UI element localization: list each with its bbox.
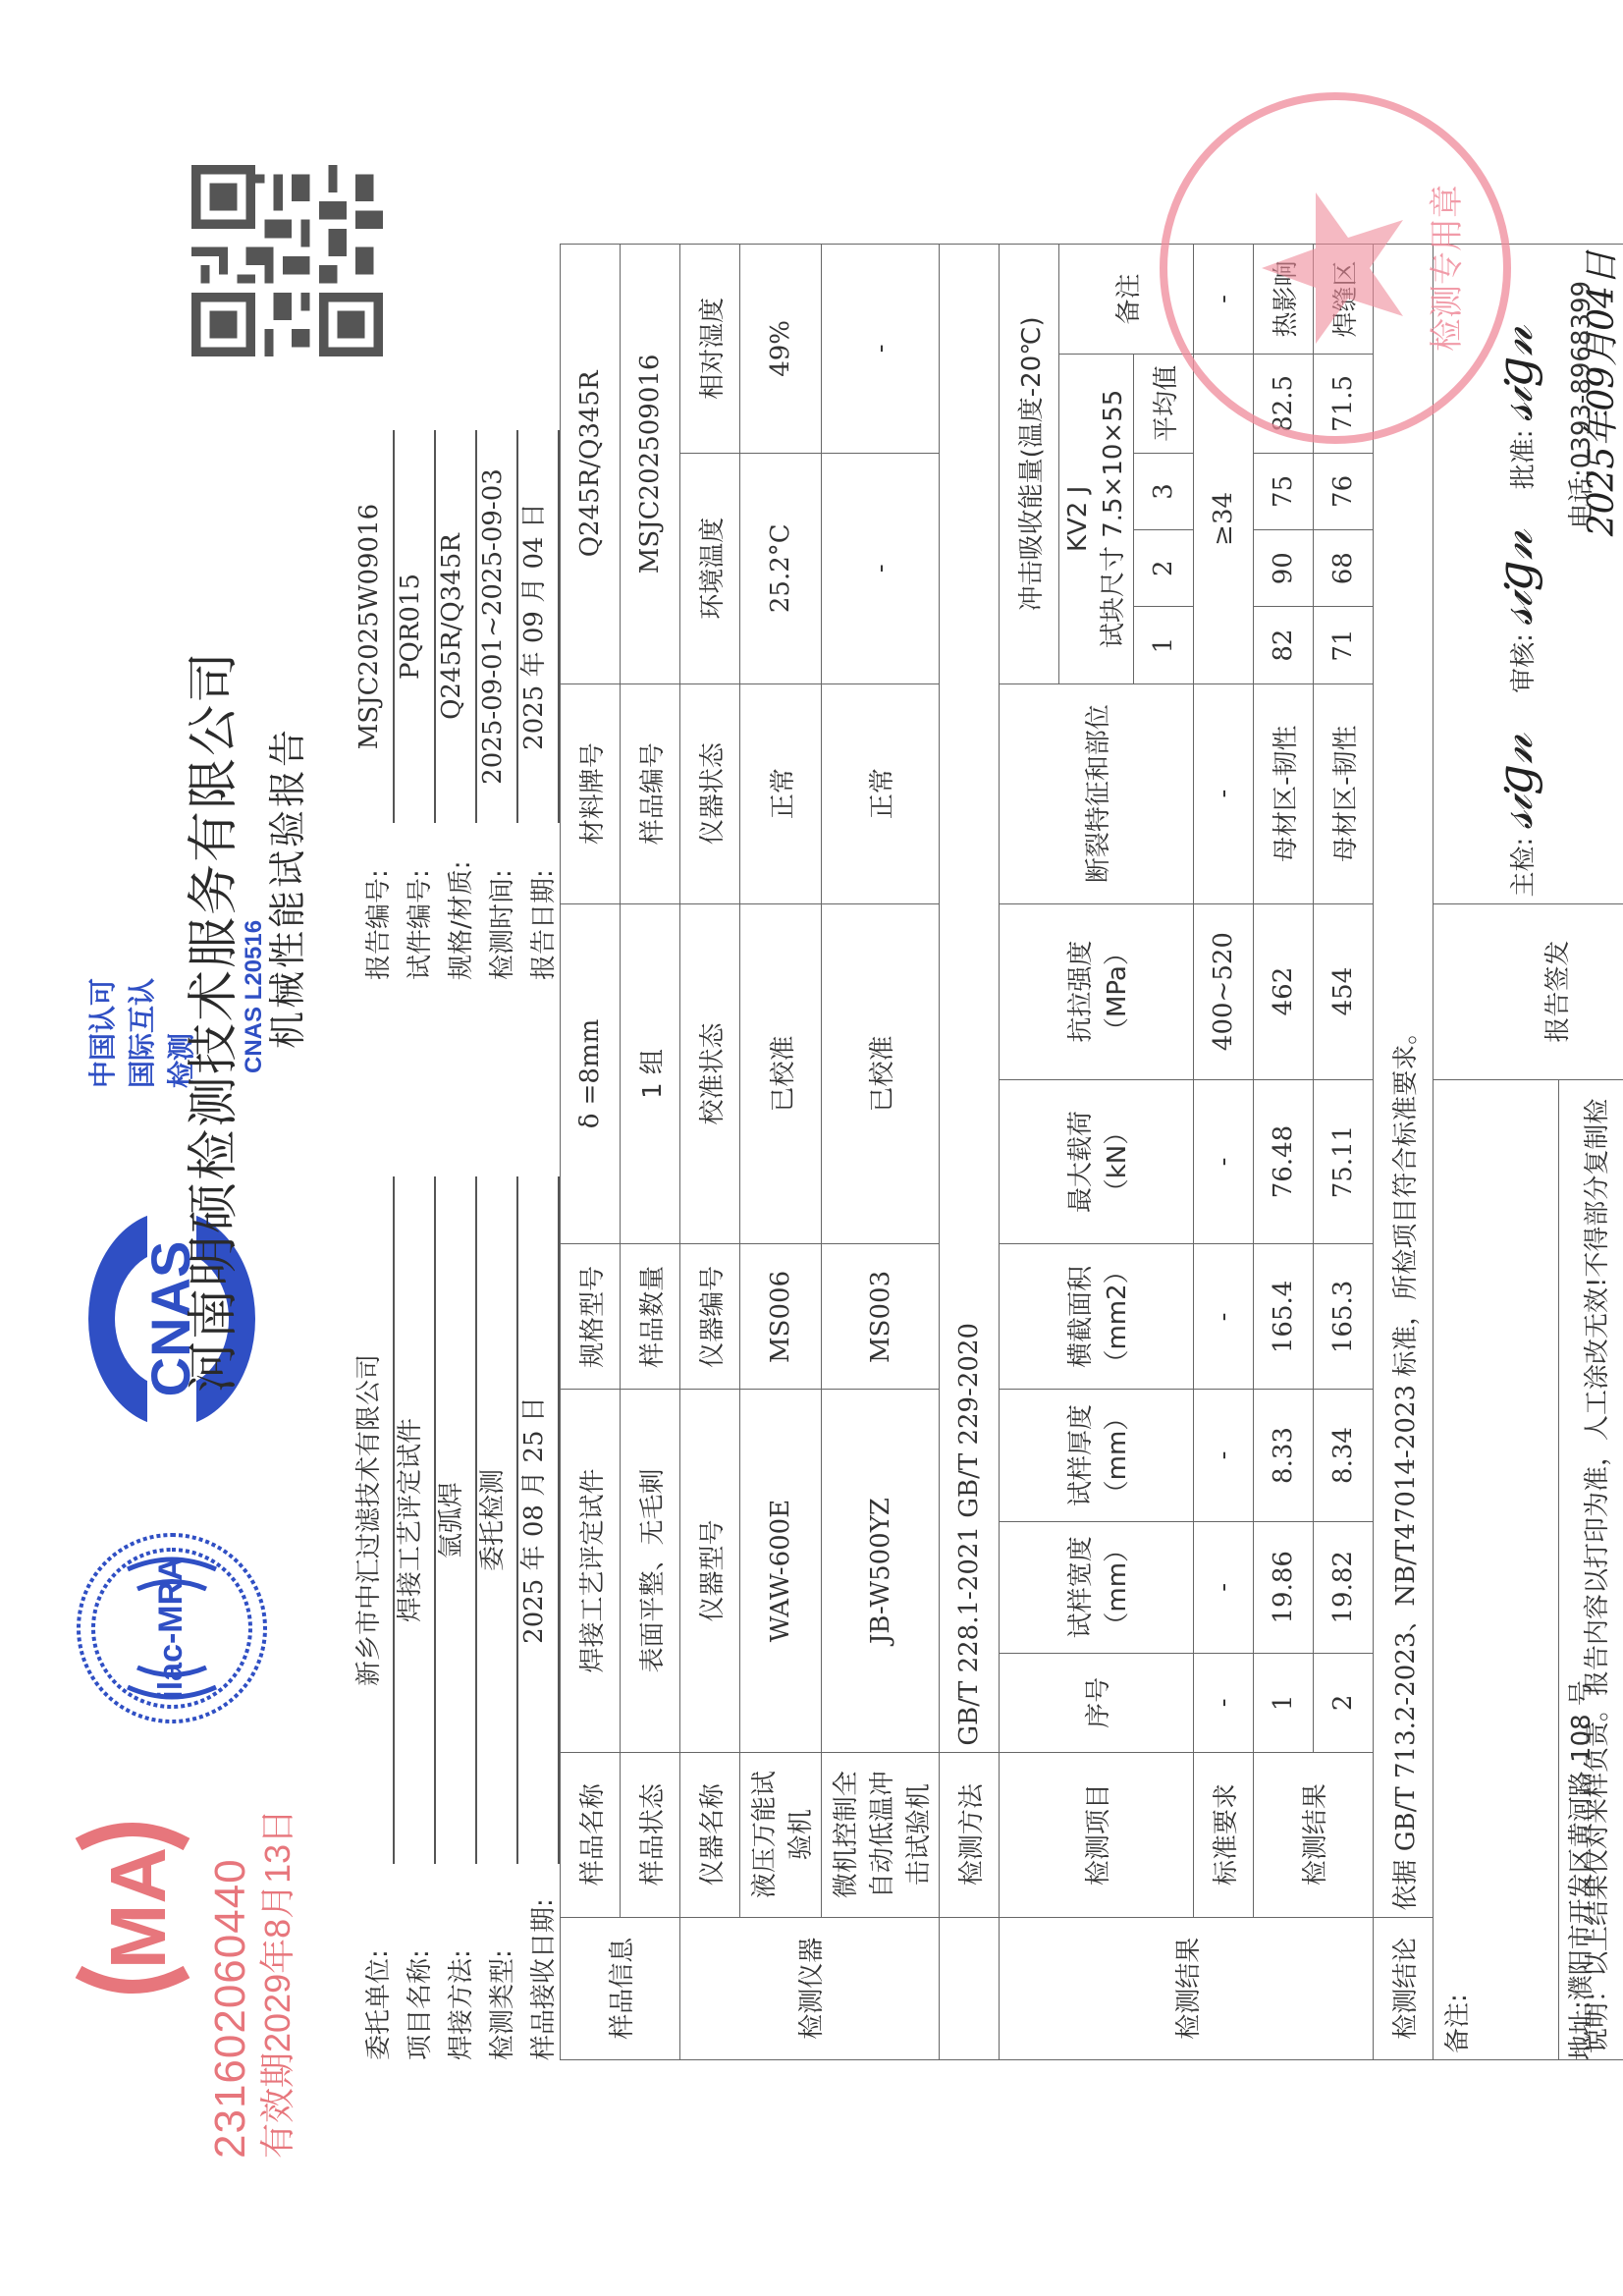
std-cell: - [1194, 1244, 1254, 1390]
instrument-model: WAW-600E [740, 1390, 822, 1752]
info-row-report-date: 报告日期: 2025 年 09 月 04 日 [518, 430, 560, 980]
seq-header: 序号 [1000, 1653, 1194, 1752]
instrument-name-header: 仪器名称 [680, 1752, 740, 1917]
method-label: 检测方法 [940, 1752, 1000, 1917]
result-cell: 454 [1314, 903, 1374, 1079]
conclusion-text: 依据 GB/T 713.2-2023、NB/T47014-2023 标准，所检项… [1374, 245, 1434, 1918]
calibration-status: 已校准 [822, 903, 940, 1244]
conclusion-label: 检测结论 [1374, 1917, 1434, 2059]
result-cell: 165.3 [1314, 1244, 1374, 1390]
svg-text:ilac-MRA: ilac-MRA [152, 1557, 189, 1699]
impact-value: 76 [1314, 453, 1374, 529]
cma-logo-icon: MA [59, 1815, 206, 2001]
cnas-line-2: 国际互认 [123, 978, 162, 1088]
material-grade-label: 材料牌号 [561, 683, 621, 903]
test-time-value: 2025-09-01~2025-09-03 [475, 430, 518, 823]
info-row-specimen-no: 试件编号: PQR015 [395, 430, 436, 980]
report-no-value: MSJC2025W09016 [352, 430, 395, 823]
info-right-block: 报告编号: MSJC2025W09016 试件编号: PQR015 规格/材质:… [353, 430, 560, 980]
report-date-value: 2025 年 09 月 04 日 [516, 430, 560, 823]
result-label: 检测结果 [1254, 1752, 1374, 1917]
report-page: MA 231602060440 有效期2029年8月13日 ilac-MRA C… [0, 0, 1623, 2296]
result-fracture: 母材区-韧性 [1254, 683, 1314, 903]
project-label: 项目名称: [400, 1864, 436, 2060]
fracture-header: 断裂特征和部位 [1000, 683, 1194, 903]
results-header-row: 检测结果 检测项目 序号 试样宽度（mm） 试样厚度（mm） 横截面积（mm2）… [1000, 245, 1059, 2060]
svg-text:MA: MA [94, 1847, 182, 1969]
impact-value: 71 [1314, 607, 1374, 683]
report-table: 样品信息 样品名称 焊接工艺评定试件 规格型号 δ =8mm 材料牌号 Q245… [560, 244, 1623, 2060]
instrument-status: 正常 [740, 683, 822, 903]
method-value: GB/T 228.1-2021 GB/T 229-2020 [940, 245, 1000, 1753]
official-stamp-icon: 检测专用章 [1154, 86, 1517, 450]
reviewer-signature: 𝓈𝒾𝑔𝓃 [1487, 530, 1543, 626]
inspector-signature: 𝓈𝒾𝑔𝓃 [1487, 734, 1543, 829]
impact-value: 90 [1254, 530, 1314, 607]
company-title: 河南明硕检测技术服务有限公司 [172, 650, 245, 1393]
spec-model-value: δ =8mm [561, 903, 621, 1244]
instrument-header-row: 检测仪器 仪器名称 仪器型号 仪器编号 校准状态 仪器状态 环境温度 相对湿度 [680, 245, 740, 2060]
humidity: 49% [740, 245, 822, 454]
spec-material-label: 规格/材质: [441, 823, 477, 980]
report-title: 机械性能试验报告 [257, 727, 311, 1049]
svg-text:检测专用章: 检测专用章 [1428, 185, 1467, 352]
std-cell: - [1194, 1079, 1254, 1244]
impact-col-3: 3 [1134, 453, 1194, 529]
result-cell: 8.33 [1254, 1390, 1314, 1521]
instrument-row: 液压万能试验机 WAW-600E MS006 已校准 正常 25.2°C 49% [740, 245, 822, 2060]
std-cell: - [1194, 1390, 1254, 1521]
material-grade-value: Q245R/Q345R [561, 245, 621, 684]
instrument-status: 正常 [822, 683, 940, 903]
inspector-label: 主检: [1509, 838, 1539, 898]
cma-valid-date: 有效期2029年8月13日 [250, 1809, 300, 2159]
test-type-value: 委托检测 [475, 1176, 518, 1864]
impact-header: 冲击吸收能量(温度-20℃) [1000, 245, 1059, 684]
sample-info-section: 样品信息 [561, 1917, 680, 2059]
method-spacer [940, 1917, 1000, 2059]
info-row-spec-material: 规格/材质: Q245R/Q345R [436, 430, 477, 980]
result-cell: 19.86 [1254, 1521, 1314, 1653]
result-cell: 19.82 [1314, 1521, 1374, 1653]
impact-col-1: 1 [1134, 607, 1194, 683]
info-row-client: 委托单位: 新乡市中汇过滤技术有限公司 [353, 1176, 395, 2060]
std-tensile: 400~520 [1194, 903, 1254, 1079]
conclusion-row: 检测结论 依据 GB/T 713.2-2023、NB/T47014-2023 标… [1374, 245, 1434, 2060]
spec-model-label: 规格型号 [561, 1244, 621, 1390]
result-fracture: 母材区-韧性 [1314, 683, 1374, 903]
width-header: 试样宽度（mm） [1000, 1521, 1194, 1653]
sample-qty-value: 1 组 [621, 903, 680, 1244]
test-item-label: 检测项目 [1000, 1752, 1194, 1917]
ambient-temp-header: 环境温度 [680, 453, 740, 683]
specimen-no-label: 试件编号: [400, 823, 436, 980]
weld-method-label: 焊接方法: [441, 1864, 477, 2060]
instrument-name: 液压万能试验机 [740, 1752, 822, 1917]
sample-no-label: 样品编号 [621, 683, 680, 903]
std-cell: - [1194, 1653, 1254, 1752]
std-cell: - [1194, 683, 1254, 903]
standard-row: 标准要求 - - - - - 400~520 - ≥34 - [1194, 245, 1254, 2060]
humidity: - [822, 245, 940, 454]
remarks-label: 备注: [1434, 1079, 1559, 2059]
calibration-status: 已校准 [740, 903, 822, 1244]
standard-label: 标准要求 [1194, 1752, 1254, 1917]
impact-subheader: KV2 J试块尺寸 7.5×10×55 [1059, 355, 1134, 684]
impact-value: 75 [1254, 453, 1314, 529]
impact-size: 试块尺寸 7.5×10×55 [1093, 360, 1129, 678]
sample-name-label: 样品名称 [561, 1752, 621, 1917]
info-row-report-no: 报告编号: MSJC2025W09016 [353, 430, 395, 980]
sample-no-value: MSJC202509016 [621, 245, 680, 684]
cnas-line-1: 中国认可 [83, 978, 123, 1088]
method-row: 检测方法 GB/T 228.1-2021 GB/T 229-2020 [940, 245, 1000, 2060]
area-header: 横截面积（mm2） [1000, 1244, 1194, 1390]
calibration-header: 校准状态 [680, 903, 740, 1244]
instrument-id: MS003 [822, 1244, 940, 1390]
result-cell: 8.34 [1314, 1390, 1374, 1521]
client-value: 新乡市中汇过滤技术有限公司 [352, 1176, 395, 1864]
weld-method-value: 氩弧焊 [434, 1176, 477, 1864]
client-label: 委托单位: [358, 1864, 395, 2060]
test-type-label: 检测类型: [482, 1864, 518, 2060]
receive-date-value: 2025 年 08 月 25 日 [516, 1176, 560, 1864]
sample-state-value: 表面平整、无毛刺 [621, 1390, 680, 1752]
sample-row-1: 样品信息 样品名称 焊接工艺评定试件 规格型号 δ =8mm 材料牌号 Q245… [561, 245, 621, 2060]
instrument-id-header: 仪器编号 [680, 1244, 740, 1390]
test-time-label: 检测时间: [482, 823, 518, 980]
ambient-temp: - [822, 453, 940, 683]
result-cell: 75.11 [1314, 1079, 1374, 1244]
impact-value: 68 [1314, 530, 1374, 607]
remarks-signoff-row: 备注: 报告签发 主检: 𝓈𝒾𝑔𝓃 审核: 𝓈𝒾𝑔𝓃 批准: 𝓈𝒾𝑔𝓃 2025… [1434, 245, 1559, 2060]
std-cell: - [1194, 1521, 1254, 1653]
result-cell: 1 [1254, 1653, 1314, 1752]
reviewer-label: 审核: [1509, 633, 1539, 693]
footer-phone: 电话:0393-8968399 [1561, 281, 1597, 528]
result-row: 检测结果 1 19.86 8.33 165.4 76.48 462 母材区-韧性… [1254, 245, 1314, 2060]
info-row-weld-method: 焊接方法: 氩弧焊 [436, 1176, 477, 2060]
results-section: 检测结果 [1000, 1917, 1374, 2059]
footer-address: 地址:濮阳市开发区黄河路 108 号 [1561, 1680, 1597, 2060]
report-no-label: 报告编号: [358, 823, 395, 980]
info-row-project: 项目名称: 焊接工艺评定试件 [395, 1176, 436, 2060]
instrument-id: MS006 [740, 1244, 822, 1390]
instrument-name: 微机控制全自动低温冲击试验机 [822, 1752, 940, 1917]
humidity-header: 相对湿度 [680, 245, 740, 454]
info-left-block: 委托单位: 新乡市中汇过滤技术有限公司 项目名称: 焊接工艺评定试件 焊接方法:… [353, 1176, 560, 2060]
receive-date-label: 样品接收日期: [523, 1864, 560, 2060]
result-cell: 76.48 [1254, 1079, 1314, 1244]
result-cell: 462 [1254, 903, 1314, 1079]
info-row-test-type: 检测类型: 委托检测 [477, 1176, 518, 2060]
info-row-receive-date: 样品接收日期: 2025 年 08 月 25 日 [518, 1176, 560, 2060]
instrument-model: JB-W500YZ [822, 1390, 940, 1752]
sample-qty-label: 样品数量 [621, 1244, 680, 1390]
result-cell: 2 [1314, 1653, 1374, 1752]
project-value: 焊接工艺评定试件 [393, 1176, 436, 1864]
ambient-temp: 25.2°C [740, 453, 822, 683]
impact-unit: KV2 J [1063, 360, 1093, 678]
instruments-section: 检测仪器 [680, 1917, 940, 2059]
impact-value: 82 [1254, 607, 1314, 683]
tensile-header: 抗拉强度（MPa） [1000, 903, 1194, 1079]
issue-label: 报告签发 [1434, 903, 1623, 1079]
instrument-model-header: 仪器型号 [680, 1390, 740, 1752]
sample-name-value: 焊接工艺评定试件 [561, 1390, 621, 1752]
impact-col-2: 2 [1134, 530, 1194, 607]
sample-row-2: 样品状态 表面平整、无毛刺 样品数量 1 组 样品编号 MSJC20250901… [621, 245, 680, 2060]
info-row-test-time: 检测时间: 2025-09-01~2025-09-03 [477, 430, 518, 980]
cma-number: 231602060440 [206, 1858, 255, 2159]
sample-state-label: 样品状态 [621, 1752, 680, 1917]
instrument-state-header: 仪器状态 [680, 683, 740, 903]
instrument-row: 微机控制全自动低温冲击试验机 JB-W500YZ MS003 已校准 正常 - … [822, 245, 940, 2060]
thickness-header: 试样厚度（mm） [1000, 1390, 1194, 1521]
max-load-header: 最大载荷（kN） [1000, 1079, 1194, 1244]
ilac-mra-logo-icon: ilac-MRA [69, 1530, 275, 1726]
result-cell: 165.4 [1254, 1244, 1314, 1390]
specimen-no-value: PQR015 [393, 430, 436, 823]
qr-code-icon[interactable] [191, 165, 383, 356]
report-date-label: 报告日期: [523, 823, 560, 980]
spec-material-value: Q245R/Q345R [434, 430, 477, 823]
